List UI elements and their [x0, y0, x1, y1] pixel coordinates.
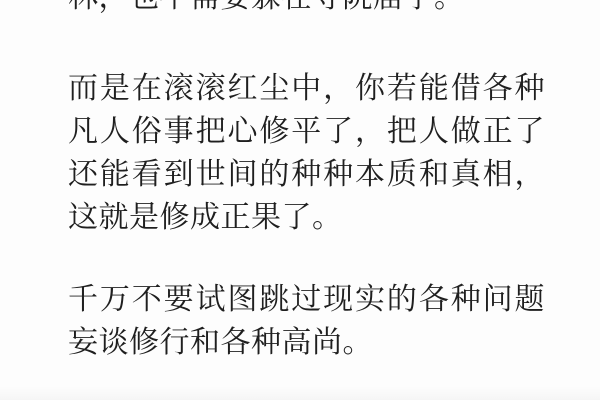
- text-line: 林，也不需要躲在寺院庙宇。: [68, 0, 545, 19]
- paragraph-middle: 而是在滚滚红尘中，你若能借各种 凡人俗事把心修平了，把人做正了 还能看到世间的种…: [68, 67, 545, 239]
- text-line: 而是在滚滚红尘中，你若能借各种: [68, 67, 545, 110]
- bottom-edge-haze: [0, 386, 600, 400]
- text-line: 这就是修成正果了。: [68, 196, 545, 239]
- text-line: 凡人俗事把心修平了，把人做正了: [68, 110, 545, 153]
- text-line: 妄谈修行和各种高尚。: [68, 321, 545, 364]
- paragraph-top-cutoff: 林，也不需要躲在寺院庙宇。: [68, 0, 545, 19]
- text-line: 千万不要试图跳过现实的各种问题: [68, 278, 545, 321]
- paragraph-bottom: 千万不要试图跳过现实的各种问题 妄谈修行和各种高尚。: [68, 278, 545, 364]
- text-page: 林，也不需要躲在寺院庙宇。 而是在滚滚红尘中，你若能借各种 凡人俗事把心修平了，…: [0, 0, 600, 400]
- text-line: 还能看到世间的种种本质和真相，: [68, 153, 545, 196]
